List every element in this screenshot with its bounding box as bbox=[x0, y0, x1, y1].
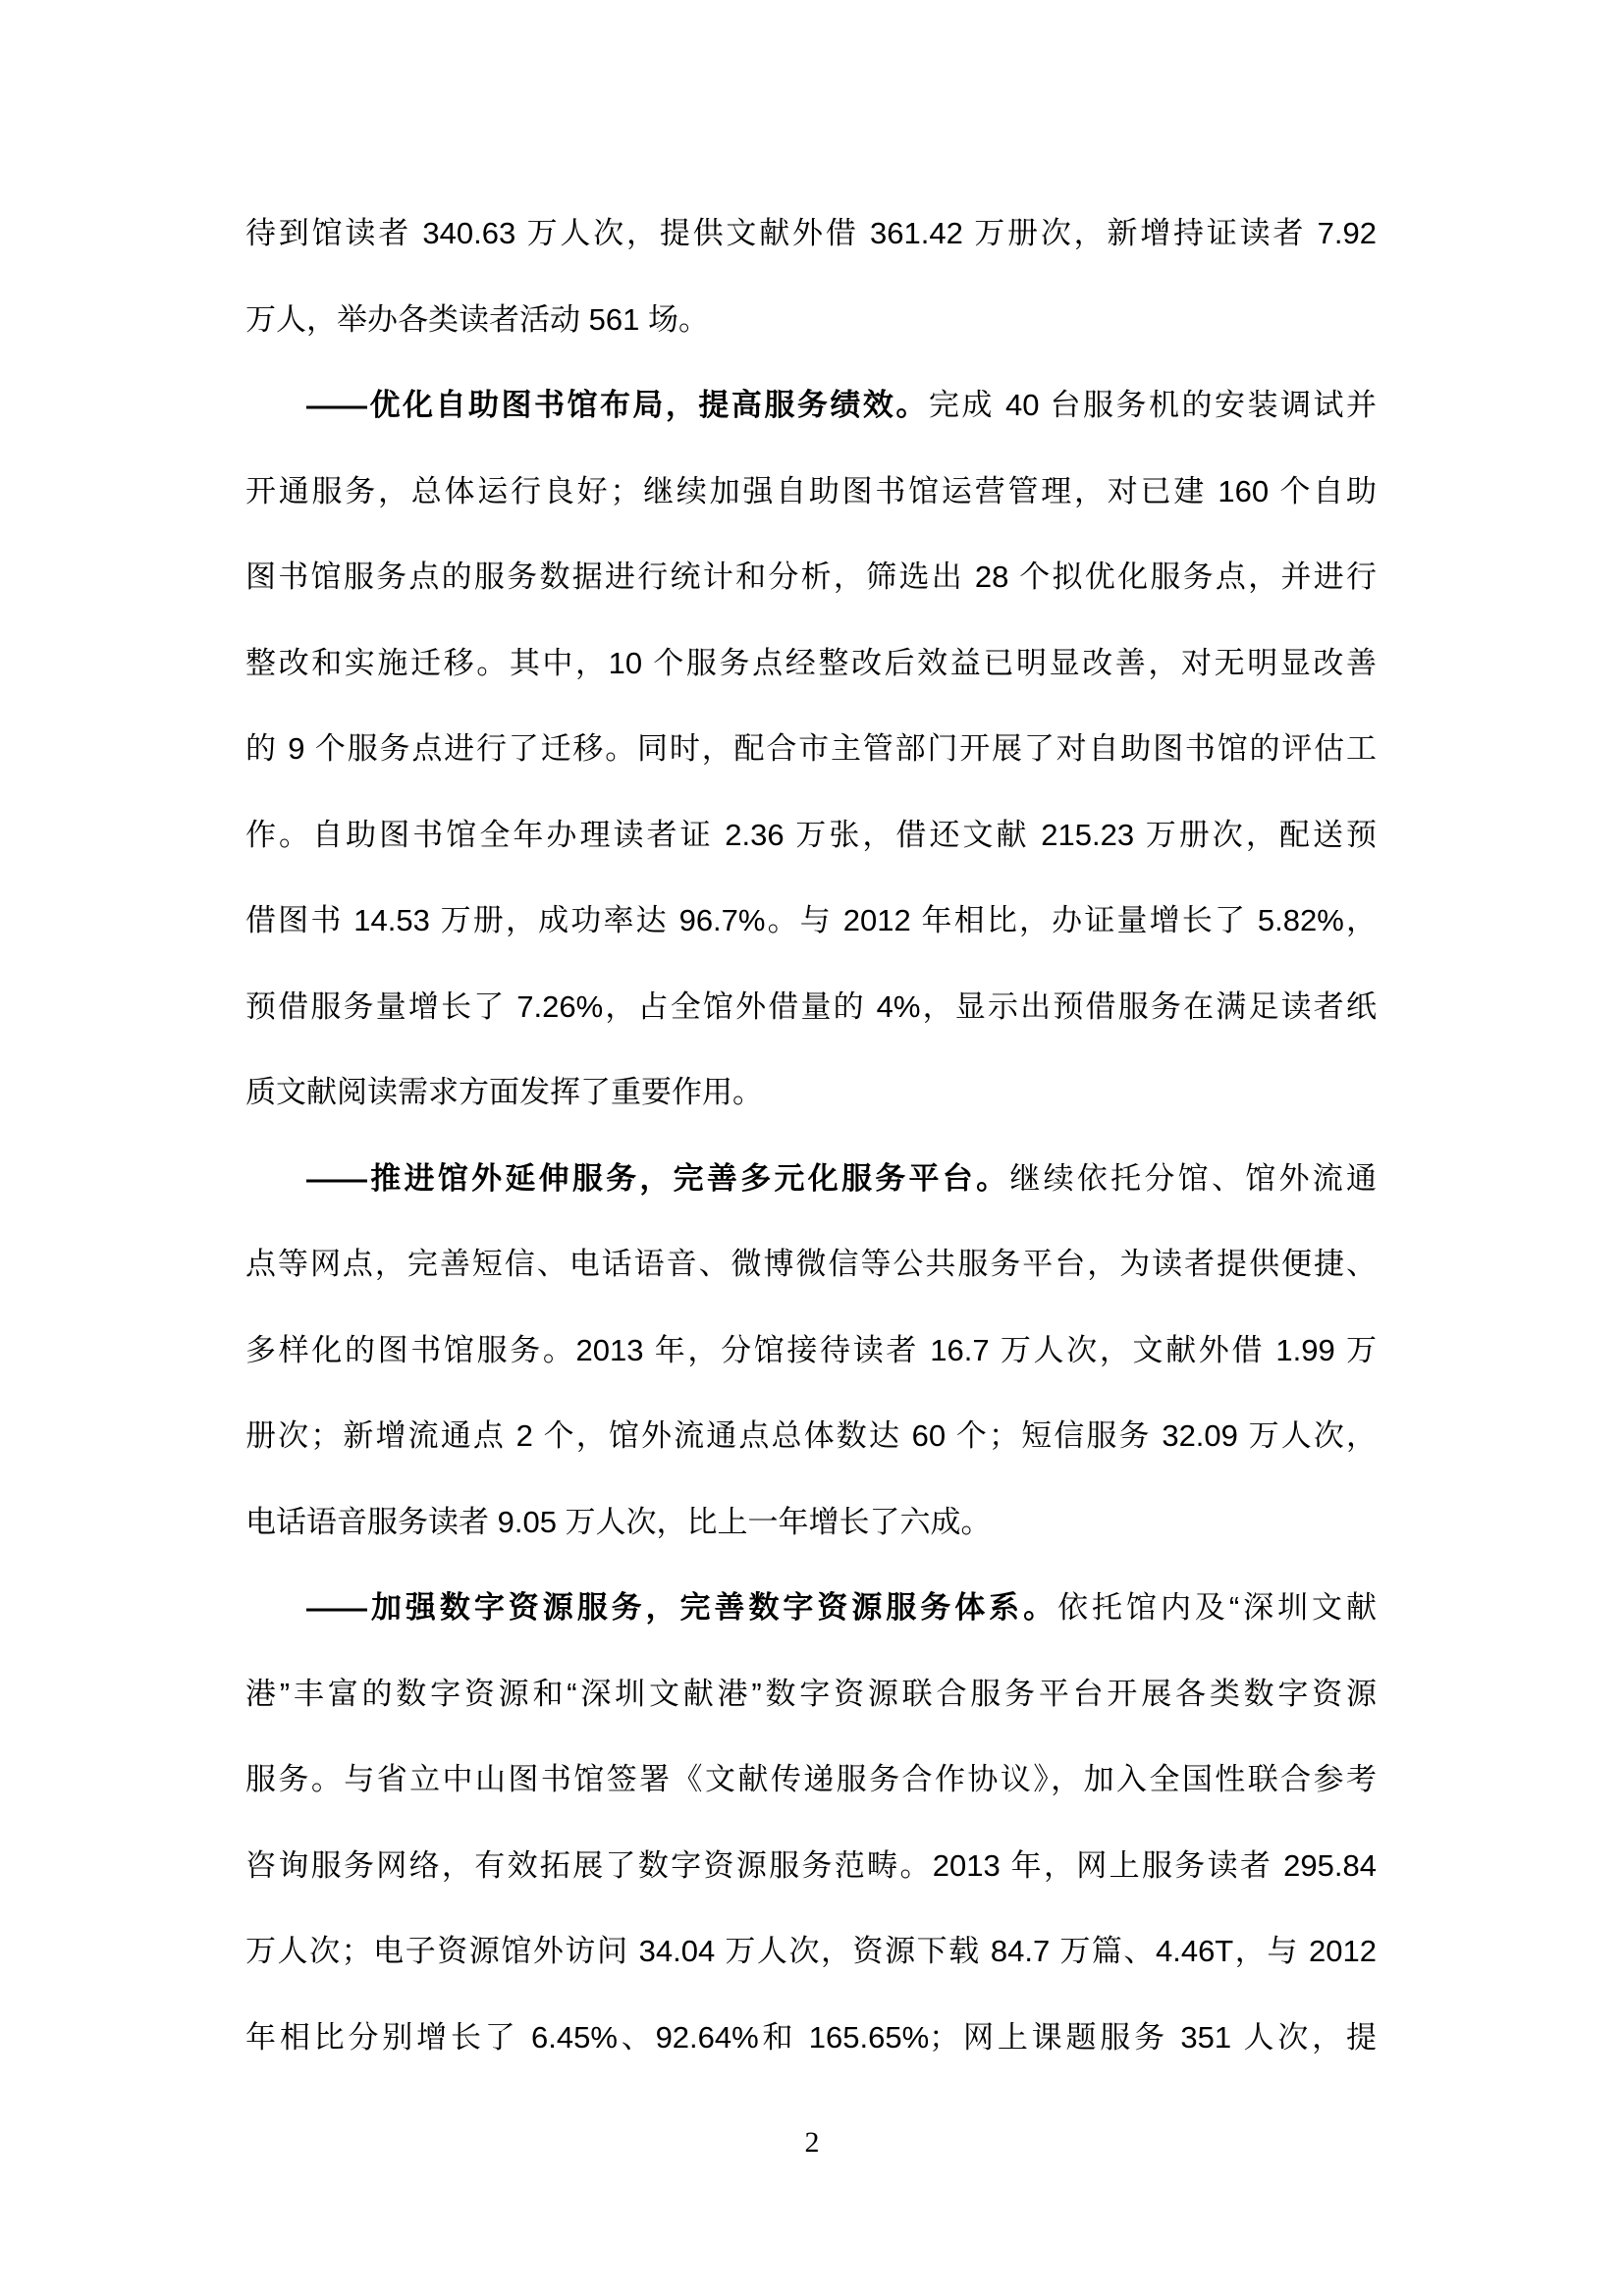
text-run: 图书馆服务点的服务数据进行统计和分析，筛选出 28 个拟优化服务点，并进行 bbox=[245, 560, 1377, 594]
text-run: 借图书 14.53 万册，成功率达 96.7%。与 2012 年相比，办证量增长… bbox=[245, 903, 1377, 937]
text-run: 服务。与省立中山图书馆签署《文献传递服务合作协议》，加入全国性联合参考 bbox=[245, 1762, 1377, 1796]
text-line: 预借服务量增长了 7.26%，占全馆外借量的 4%，显示出预借服务在满足读者纸 bbox=[245, 964, 1377, 1050]
document-page: 待到馆读者 340.63 万人次，提供文献外借 361.42 万册次，新增持证读… bbox=[0, 0, 1624, 2296]
text-run: 点等网点，完善短信、电话语音、微博微信等公共服务平台，为读者提供便捷、 bbox=[245, 1247, 1377, 1281]
text-line: 作。自助图书馆全年办理读者证 2.36 万张，借还文献 215.23 万册次，配… bbox=[245, 792, 1377, 879]
text-run: 作。自助图书馆全年办理读者证 2.36 万张，借还文献 215.23 万册次，配… bbox=[245, 818, 1377, 852]
text-line: 整改和实施迁移。其中，10 个服务点经整改后效益已明显改善，对无明显改善 bbox=[245, 620, 1377, 707]
text-run: 咨询服务网络，有效拓展了数字资源服务范畴。2013 年，网上服务读者 295.8… bbox=[245, 1848, 1377, 1883]
text-run: 年相比分别增长了 6.45%、92.64%和 165.65%；网上课题服务 35… bbox=[245, 2020, 1377, 2055]
paragraph: ——优化自助图书馆布局，提高服务绩效。完成 40 台服务机的安装调试并开通服务，… bbox=[245, 362, 1377, 1136]
text-run: 继续依托分馆、馆外流通 bbox=[1009, 1161, 1377, 1196]
text-run: 开通服务，总体运行良好；继续加强自助图书馆运营管理，对已建 160 个自助 bbox=[245, 474, 1377, 508]
text-run: 电话语音服务读者 9.05 万人次，比上一年增长了六成。 bbox=[245, 1505, 992, 1539]
text-line: 咨询服务网络，有效拓展了数字资源服务范畴。2013 年，网上服务读者 295.8… bbox=[245, 1823, 1377, 1909]
text-run: 预借服务量增长了 7.26%，占全馆外借量的 4%，显示出预借服务在满足读者纸 bbox=[245, 989, 1377, 1024]
text-line: 万人次；电子资源馆外访问 34.04 万人次，资源下载 84.7 万篇、4.46… bbox=[245, 1908, 1377, 1995]
text-line: 多样化的图书馆服务。2013 年，分馆接待读者 16.7 万人次，文献外借 1.… bbox=[245, 1308, 1377, 1394]
page-number: 2 bbox=[0, 2126, 1624, 2160]
text-line: 册次；新增流通点 2 个，馆外流通点总体数达 60 个；短信服务 32.09 万… bbox=[245, 1393, 1377, 1479]
text-run: 港”丰富的数字资源和“深圳文献港”数字资源联合服务平台开展各类数字资源 bbox=[245, 1677, 1377, 1711]
paragraph: ——加强数字资源服务，完善数字资源服务体系。依托馆内及“深圳文献港”丰富的数字资… bbox=[245, 1565, 1377, 2080]
text-line: 港”丰富的数字资源和“深圳文献港”数字资源联合服务平台开展各类数字资源 bbox=[245, 1651, 1377, 1737]
text-run: 万人，举办各类读者活动 561 场。 bbox=[245, 302, 709, 337]
text-line: 万人，举办各类读者活动 561 场。 bbox=[245, 277, 1377, 363]
text-line: 图书馆服务点的服务数据进行统计和分析，筛选出 28 个拟优化服务点，并进行 bbox=[245, 534, 1377, 620]
text-run: 册次；新增流通点 2 个，馆外流通点总体数达 60 个；短信服务 32.09 万… bbox=[245, 1418, 1377, 1453]
text-line: 电话语音服务读者 9.05 万人次，比上一年增长了六成。 bbox=[245, 1479, 1377, 1566]
text-line: 质文献阅读需求方面发挥了重要作用。 bbox=[245, 1049, 1377, 1136]
text-run: 万人次；电子资源馆外访问 34.04 万人次，资源下载 84.7 万篇、4.46… bbox=[245, 1934, 1377, 1968]
text-run: 多样化的图书馆服务。2013 年，分馆接待读者 16.7 万人次，文献外借 1.… bbox=[245, 1333, 1377, 1367]
bold-heading-run: ——优化自助图书馆布局，提高服务绩效。 bbox=[306, 388, 929, 422]
text-line: 待到馆读者 340.63 万人次，提供文献外借 361.42 万册次，新增持证读… bbox=[245, 190, 1377, 277]
text-line: ——加强数字资源服务，完善数字资源服务体系。依托馆内及“深圳文献 bbox=[245, 1565, 1377, 1651]
bold-heading-run: ——加强数字资源服务，完善数字资源服务体系。 bbox=[306, 1590, 1057, 1625]
text-line: ——优化自助图书馆布局，提高服务绩效。完成 40 台服务机的安装调试并 bbox=[245, 362, 1377, 449]
text-run: 的 9 个服务点进行了迁移。同时，配合市主管部门开展了对自助图书馆的评估工 bbox=[245, 731, 1377, 766]
text-run: 待到馆读者 340.63 万人次，提供文献外借 361.42 万册次，新增持证读… bbox=[245, 216, 1377, 250]
text-line: 开通服务，总体运行良好；继续加强自助图书馆运营管理，对已建 160 个自助 bbox=[245, 449, 1377, 535]
text-line: 借图书 14.53 万册，成功率达 96.7%。与 2012 年相比，办证量增长… bbox=[245, 878, 1377, 964]
text-line: 年相比分别增长了 6.45%、92.64%和 165.65%；网上课题服务 35… bbox=[245, 1995, 1377, 2081]
text-line: ——推进馆外延伸服务，完善多元化服务平台。继续依托分馆、馆外流通 bbox=[245, 1136, 1377, 1222]
paragraph: ——推进馆外延伸服务，完善多元化服务平台。继续依托分馆、馆外流通点等网点，完善短… bbox=[245, 1136, 1377, 1566]
bold-heading-run: ——推进馆外延伸服务，完善多元化服务平台。 bbox=[306, 1161, 1009, 1196]
text-block: 待到馆读者 340.63 万人次，提供文献外借 361.42 万册次，新增持证读… bbox=[245, 190, 1377, 2080]
text-line: 服务。与省立中山图书馆签署《文献传递服务合作协议》，加入全国性联合参考 bbox=[245, 1736, 1377, 1823]
text-run: 依托馆内及“深圳文献 bbox=[1057, 1590, 1377, 1625]
text-run: 质文献阅读需求方面发挥了重要作用。 bbox=[245, 1075, 763, 1109]
text-line: 的 9 个服务点进行了迁移。同时，配合市主管部门开展了对自助图书馆的评估工 bbox=[245, 706, 1377, 792]
paragraph: 待到馆读者 340.63 万人次，提供文献外借 361.42 万册次，新增持证读… bbox=[245, 190, 1377, 362]
text-line: 点等网点，完善短信、电话语音、微博微信等公共服务平台，为读者提供便捷、 bbox=[245, 1221, 1377, 1308]
text-run: 整改和实施迁移。其中，10 个服务点经整改后效益已明显改善，对无明显改善 bbox=[245, 646, 1377, 680]
text-run: 完成 40 台服务机的安装调试并 bbox=[929, 388, 1377, 422]
